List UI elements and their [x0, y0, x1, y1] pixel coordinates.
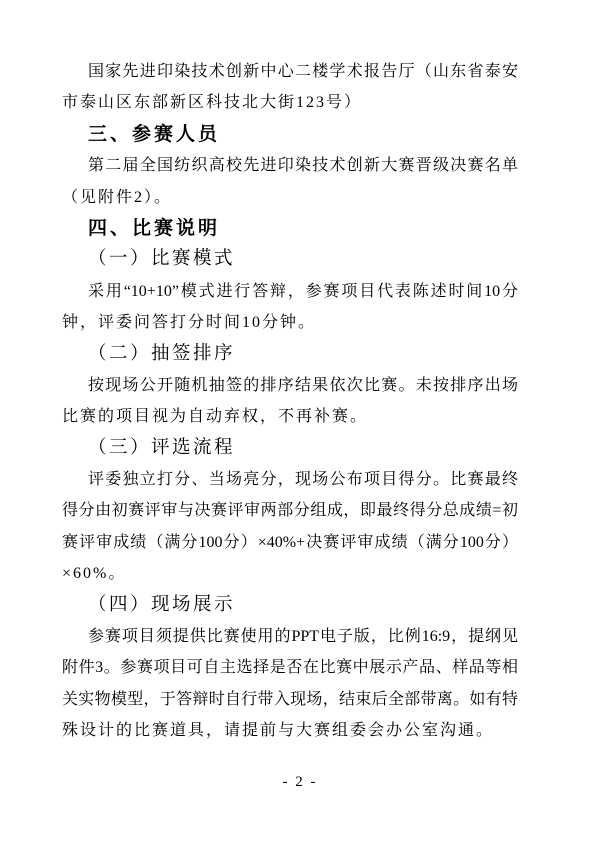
- doc-line: 市泰山区东部新区科技北大街123号）: [62, 87, 518, 118]
- doc-line: 国家先进印染技术创新中心二楼学术报告厅（山东省泰安: [62, 56, 518, 87]
- doc-line: 按现场公开随机抽签的排序结果依次比赛。未按排序出场: [62, 370, 518, 401]
- doc-line: ×60%。: [62, 558, 518, 589]
- doc-line: 附件3。参赛项目可自主选择是否在比赛中展示产品、样品等相: [62, 652, 518, 683]
- page-number: - 2 -: [0, 770, 600, 794]
- doc-line: 得分由初赛评审与决赛评审两部分组成，即最终得分总成绩=初: [62, 495, 518, 526]
- doc-line: 赛评审成绩（满分100分）×40%+决赛评审成绩（满分100分）: [62, 527, 518, 558]
- doc-line: 评委独立打分、当场亮分，现场公布项目得分。比赛最终: [62, 464, 518, 495]
- doc-line: 关实物模型，于答辩时自行带入现场，结束后全部带离。如有特: [62, 684, 518, 715]
- doc-line: 采用“10+10”模式进行答辩，参赛项目代表陈述时间10分: [62, 276, 518, 307]
- subsection-heading-1: （一）比赛模式: [62, 244, 518, 275]
- doc-line: 殊设计的比赛道具，请提前与大赛组委会办公室沟通。: [62, 715, 518, 746]
- section-heading-3: 三、参赛人员: [62, 119, 518, 150]
- doc-line: （见附件2）。: [62, 182, 518, 213]
- doc-line: 比赛的项目视为自动弃权，不再补赛。: [62, 401, 518, 432]
- doc-line: 钟，评委问答打分时间10分钟。: [62, 307, 518, 338]
- subsection-heading-3: （三）评选流程: [62, 433, 518, 464]
- subsection-heading-2: （二）抽签排序: [62, 339, 518, 370]
- doc-line: 参赛项目须提供比赛使用的PPT电子版，比例16:9，提纲见: [62, 621, 518, 652]
- document-page: 国家先进印染技术创新中心二楼学术报告厅（山东省泰安 市泰山区东部新区科技北大街1…: [0, 0, 600, 849]
- section-heading-4: 四、比赛说明: [62, 213, 518, 244]
- doc-line: 第二届全国纺织高校先进印染技术创新大赛晋级决赛名单: [62, 150, 518, 181]
- document-body: 国家先进印染技术创新中心二楼学术报告厅（山东省泰安 市泰山区东部新区科技北大街1…: [62, 56, 518, 747]
- subsection-heading-4: （四）现场展示: [62, 590, 518, 621]
